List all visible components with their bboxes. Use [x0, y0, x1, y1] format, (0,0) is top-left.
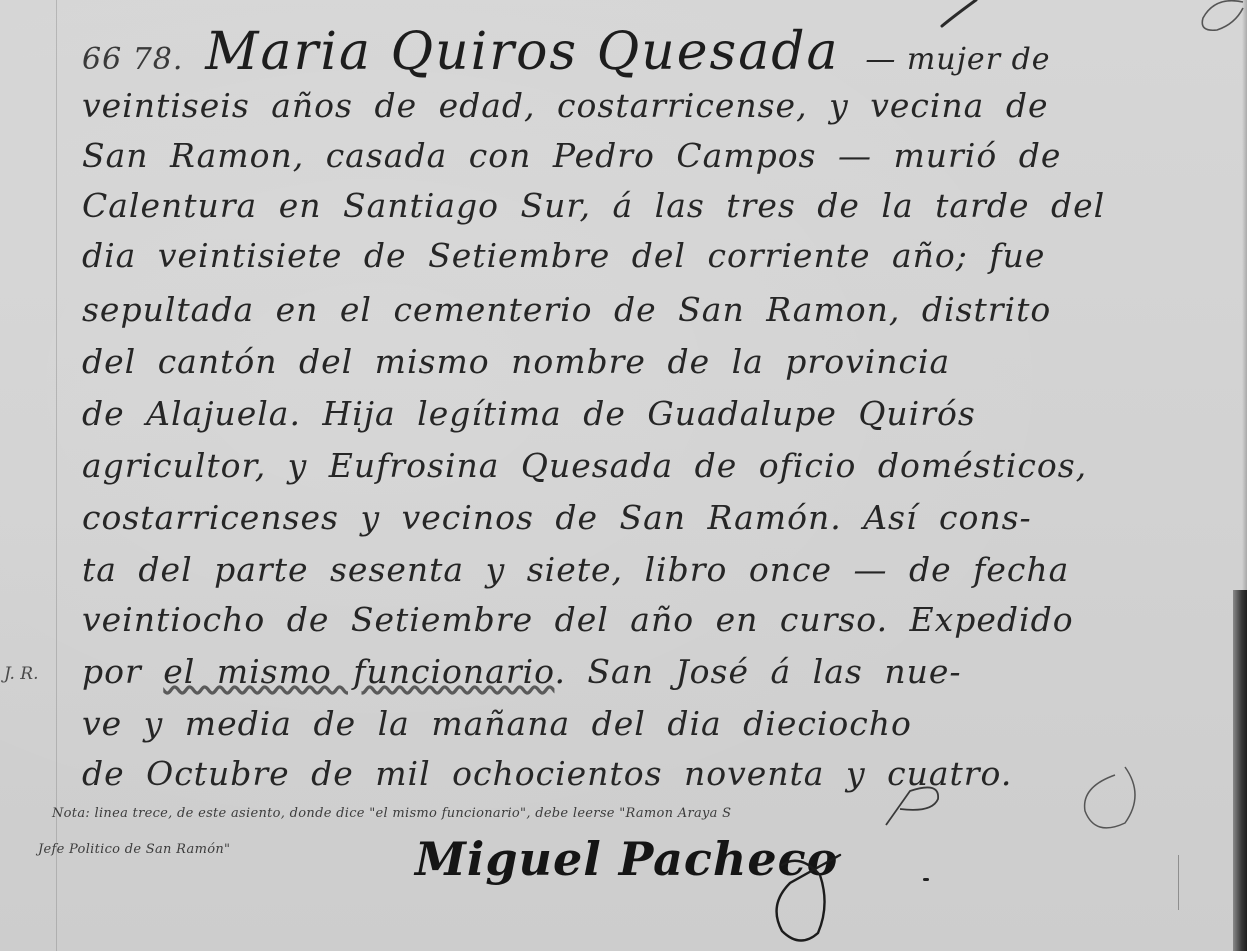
deceased-name: Maria Quiros Quesada	[205, 22, 839, 82]
line-13-start: por	[82, 652, 163, 691]
text-line-3: San Ramon, casada con Pedro Campos — mur…	[82, 136, 1061, 175]
pen-loop-mark	[1195, 0, 1247, 34]
margin-initials-note: J. R.	[4, 664, 39, 684]
text-line-12: veintiocho de Setiembre del año en curso…	[82, 600, 1074, 639]
text-line-6: sepultada en el cementerio de San Ramon,…	[82, 290, 1051, 329]
pen-loop-mark-2	[1055, 765, 1145, 835]
title-line-tail: — mujer de	[865, 42, 1050, 77]
correction-footnote-line-1: Nota: linea trece, de este asiento, dond…	[52, 806, 731, 821]
scanned-document-page: 66 78. Maria Quiros Quesada — mujer de v…	[0, 0, 1247, 951]
text-line-4: Calentura en Santiago Sur, á las tres de…	[82, 186, 1105, 225]
text-line-8: de Alajuela. Hija legítima de Guadalupe …	[82, 394, 976, 433]
text-line-2: veintiseis años de edad, costarricense, …	[82, 86, 1048, 125]
page-edge-dark-strip	[1233, 590, 1247, 951]
entry-number: 66 78.	[82, 42, 183, 77]
text-line-10: costarricenses y vecinos de San Ramón. A…	[82, 498, 1032, 537]
pen-flourish-mark	[880, 783, 950, 828]
correction-footnote-line-2: Jefe Politico de San Ramón"	[38, 842, 230, 857]
line-13-end: . San José á las nue-	[554, 652, 961, 691]
text-line-13: por el mismo funcionario. San José á las…	[82, 652, 962, 691]
text-line-11: ta del parte sesenta y siete, libro once…	[82, 550, 1069, 589]
page-edge-shadow	[1242, 0, 1247, 590]
text-line-9: agricultor, y Eufrosina Quesada de ofici…	[82, 446, 1087, 485]
signature-flourish	[760, 835, 855, 947]
text-line-5: dia veintisiete de Setiembre del corrien…	[82, 236, 1045, 275]
entry-title-line: 66 78. Maria Quiros Quesada — mujer de	[82, 22, 1051, 82]
faint-vertical-mark	[1178, 855, 1179, 910]
text-line-15: de Octubre de mil ochocientos noventa y …	[82, 754, 1012, 793]
text-line-7: del cantón del mismo nombre de la provin…	[82, 342, 950, 381]
text-line-14: ve y media de la mañana del dia diecioch…	[82, 704, 912, 743]
signature-mark	[923, 878, 929, 881]
corrected-phrase: el mismo funcionario	[163, 652, 554, 691]
